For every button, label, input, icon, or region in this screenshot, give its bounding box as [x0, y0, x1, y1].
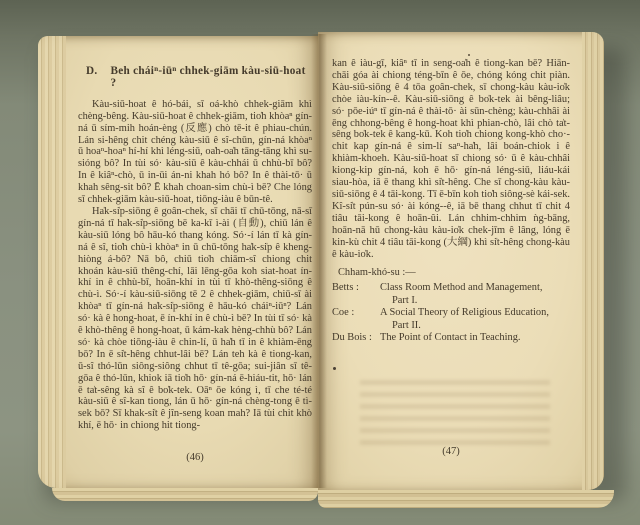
references-heading: Chham-khó-su :— — [338, 267, 570, 279]
ink-speck — [333, 367, 336, 370]
show-through-text — [360, 380, 550, 452]
right-page-text: kan ê iàu-gī, kiâⁿ tī in seng-oa̍h ê tio… — [332, 58, 570, 345]
under-page-edges-right — [318, 490, 614, 508]
reference-title: Class Room Method and Management, — [380, 282, 570, 294]
reference-part: Part II. — [392, 320, 570, 332]
section-heading: D. Beh cháiⁿ-iūⁿ chhek-giām kàu-siū-hoat… — [86, 66, 312, 90]
section-letter: D. — [86, 66, 97, 78]
paragraph: Kàu-siū-hoat ê hó-bái, sī oá-khò chhek-g… — [78, 99, 312, 206]
page-number-right: (47) — [332, 446, 570, 457]
reference-item: Du Bois : The Point of Contact in Teachi… — [332, 332, 570, 344]
paragraph: Ha̍k-si̍p-siōng ê goân-chek, sī chāi tī … — [78, 206, 312, 432]
open-book: D. Beh cháiⁿ-iūⁿ chhek-giām kàu-siū-hoat… — [38, 30, 618, 508]
reference-author: Coe : — [332, 307, 374, 319]
left-page-edge-stack — [38, 36, 66, 488]
reference-title: A Social Theory of Religious Education, — [380, 307, 570, 319]
ink-speck — [468, 54, 470, 56]
section-title: Beh cháiⁿ-iūⁿ chhek-giām kàu-siū-hoat ? — [110, 66, 312, 90]
photo-background: D. Beh cháiⁿ-iūⁿ chhek-giām kàu-siū-hoat… — [0, 0, 640, 525]
right-page-edge-stack — [582, 32, 604, 490]
paragraph: kan ê iàu-gī, kiâⁿ tī in seng-oa̍h ê tio… — [332, 58, 570, 260]
reference-part: Part I. — [392, 295, 570, 307]
reference-item: Coe : A Social Theory of Religious Educa… — [332, 307, 570, 319]
reference-author: Du Bois : — [332, 332, 374, 344]
under-page-edges-left — [52, 488, 318, 501]
reference-item: Betts : Class Room Method and Management… — [332, 282, 570, 294]
right-page: kan ê iàu-gī, kiâⁿ tī in seng-oa̍h ê tio… — [318, 32, 604, 490]
left-page-text: D. Beh cháiⁿ-iūⁿ chhek-giām kàu-siū-hoat… — [78, 66, 312, 432]
reference-title: The Point of Contact in Teaching. — [380, 332, 570, 344]
reference-author: Betts : — [332, 282, 374, 294]
page-number-left: (46) — [78, 452, 312, 463]
left-page: D. Beh cháiⁿ-iūⁿ chhek-giām kàu-siū-hoat… — [38, 36, 318, 488]
